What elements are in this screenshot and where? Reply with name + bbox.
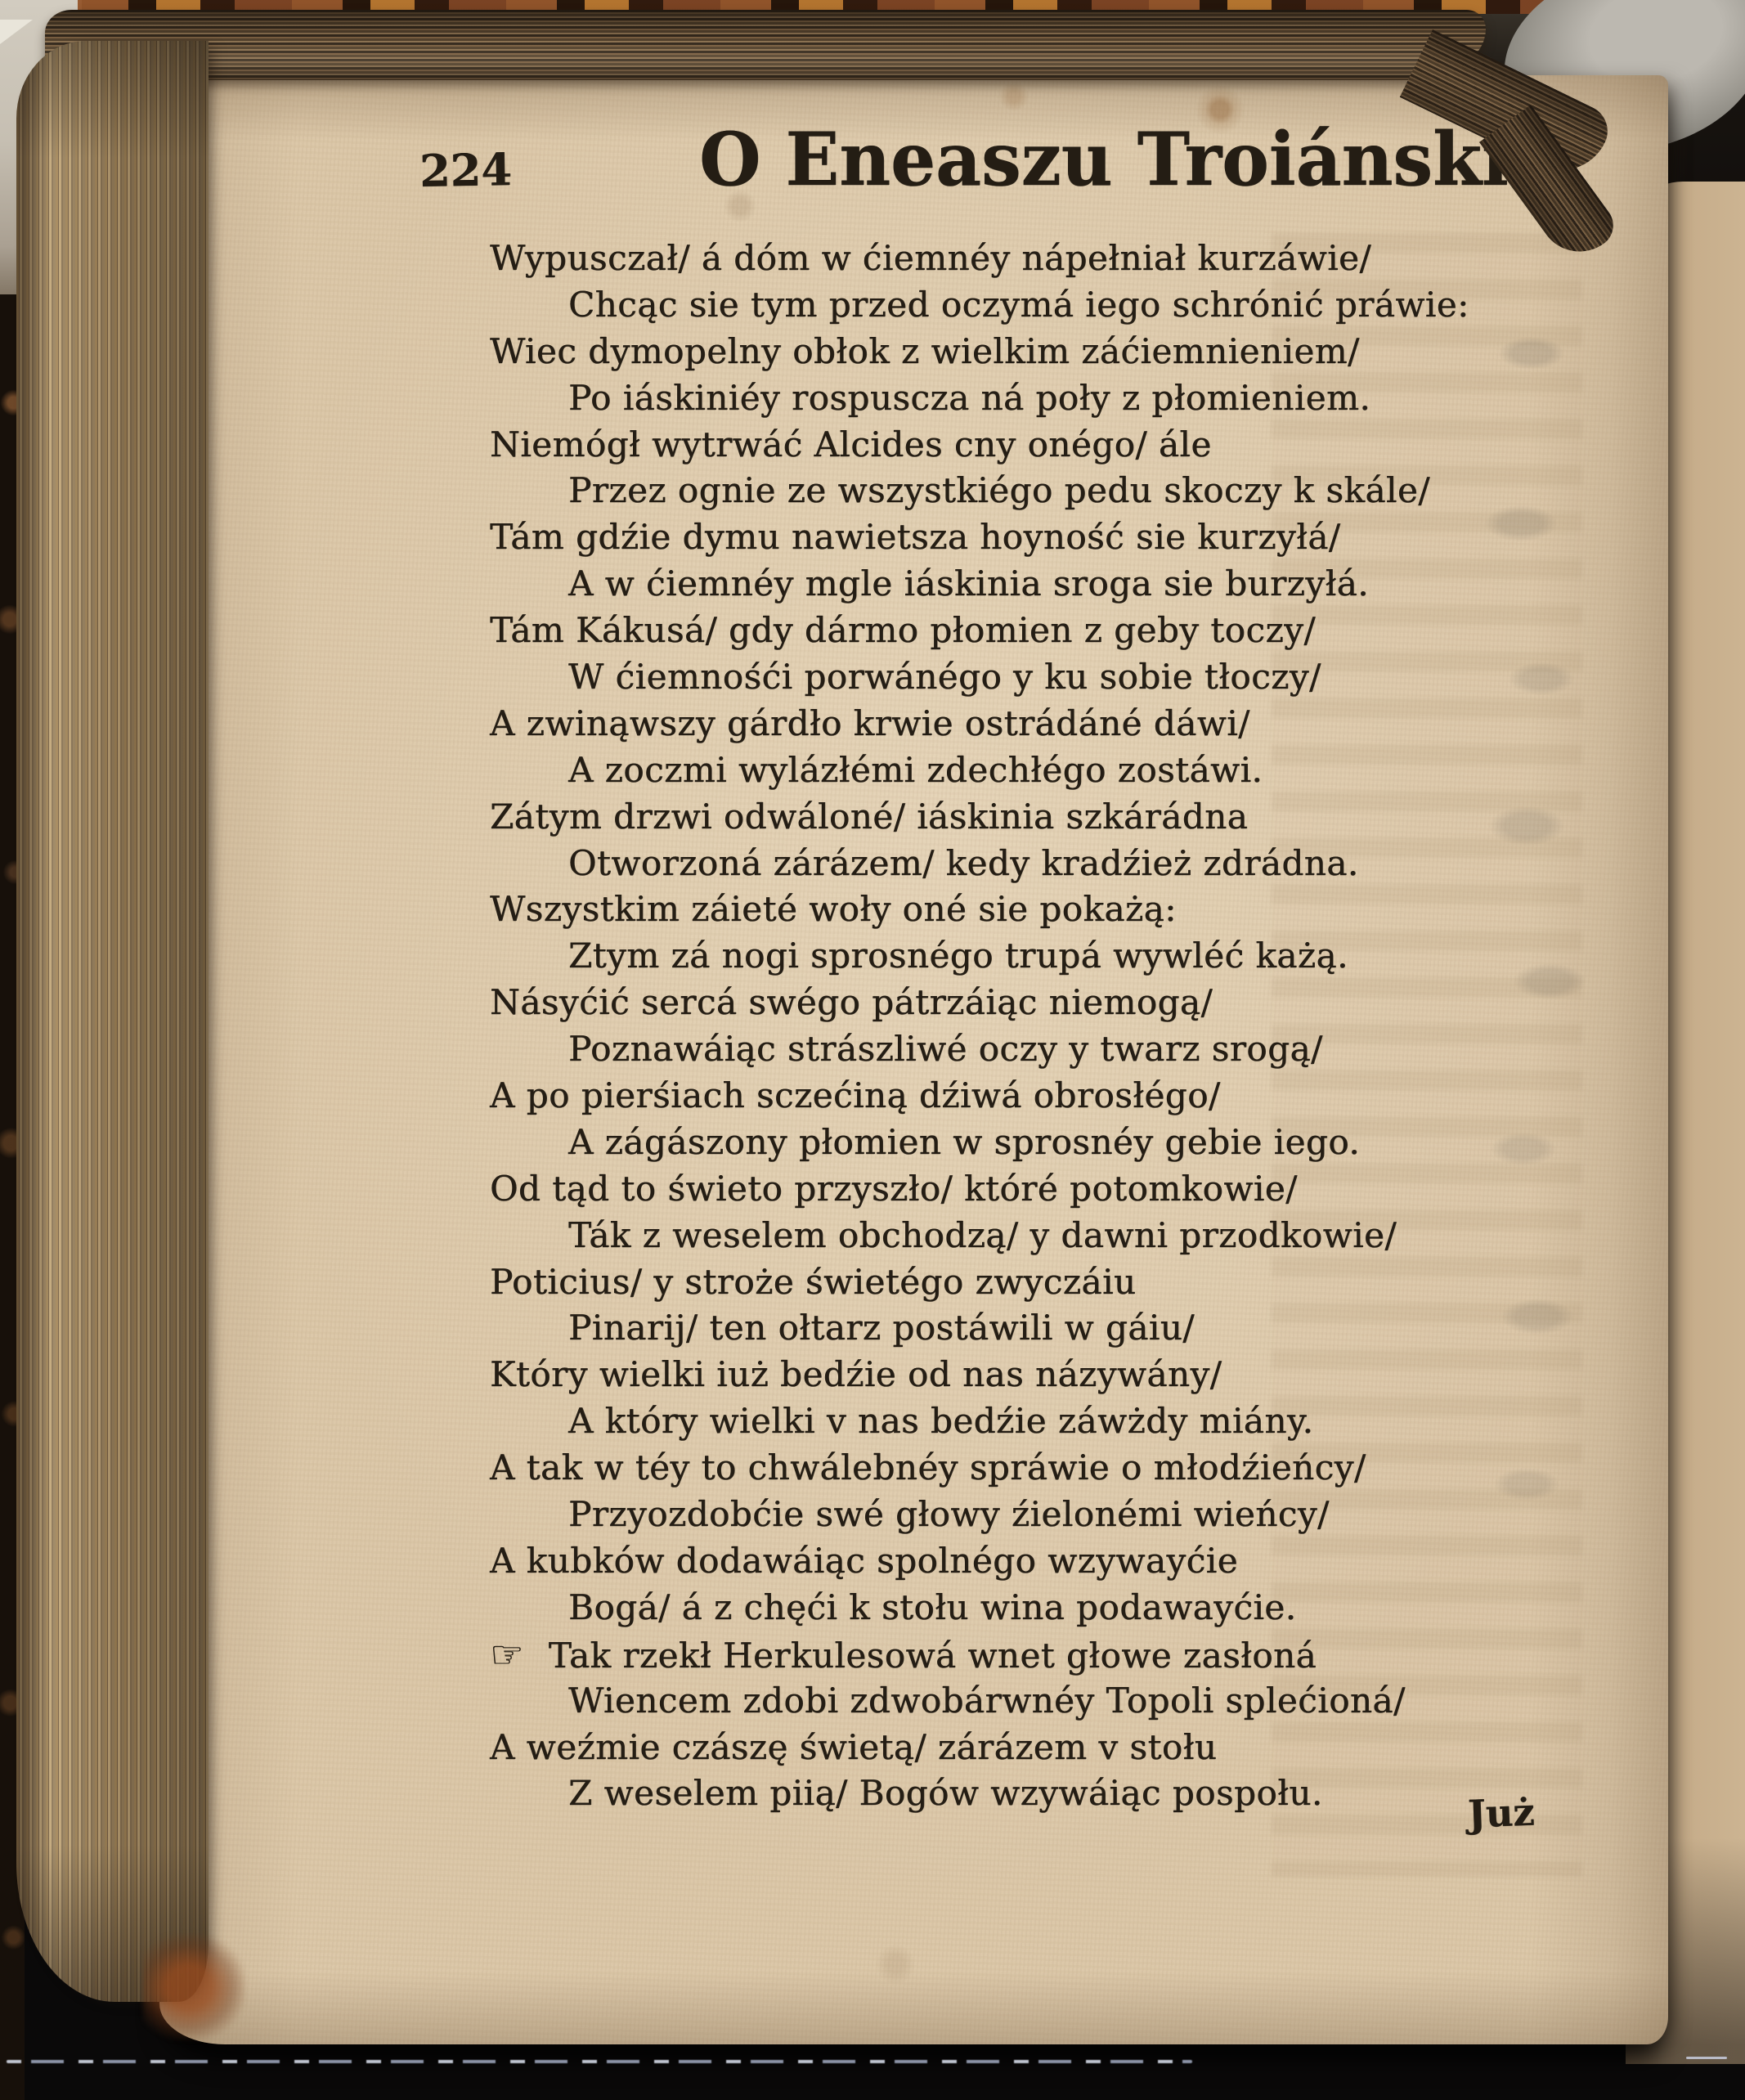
poem-line-text: Tak rzekł Herkulesowá wnet głowe zasłoná [549,1636,1317,1676]
poem-line-text: A po pierśiach sczećiną dźiwá obrosłégo/ [490,1075,1221,1115]
fore-edge-leaf-stack [16,41,209,2002]
poem-line: W ćiemnośći porwánégo y ku sobie tłoczy/ [568,654,1586,701]
poem-line: A po pierśiach sczećiną dźiwá obrosłégo/ [490,1073,1586,1120]
poem-line-text: Po iáskiniéy rospuscza ná poły z płomien… [568,378,1370,418]
poem-line: A który wielki v nas bedźie záwżdy miány… [568,1398,1586,1445]
poem-line-text: Tám Kákusá/ gdy dármo płomien z geby toc… [490,610,1316,650]
poem-line: Który wielki iuż bedźie od nas názywány/ [490,1352,1586,1398]
poem-line: Przez ognie ze wszystkiégo pedu skoczy k… [568,468,1586,514]
poem-line: Tám Kákusá/ gdy dármo płomien z geby toc… [490,608,1586,654]
poem-line-text: W ćiemnośći porwánégo y ku sobie tłoczy/ [568,657,1321,697]
poem-line-text: Od tąd to świeto przyszło/ któré potomko… [490,1169,1298,1209]
poem-line: Przyozdobćie swé głowy źielonémi wieńcy/ [568,1492,1586,1538]
poem-line: A kubków dodawáiąc spolnégo wzywayćie [490,1538,1586,1585]
poem-line-text: Násyćić sercá swégo pátrzáiąc niemogą/ [490,982,1213,1022]
scan-scratch-line [7,2060,1192,2063]
poem-line: A w ćiemnéy mgle iáskinia sroga sie burz… [568,561,1586,608]
poem-line-text: Wiec dymopelny obłok z wielkim záćiemnie… [490,331,1360,371]
poem-line: Násyćić sercá swégo pátrzáiąc niemogą/ [490,980,1586,1026]
poem-line-text: Otworzoná zárázem/ kedy kradźież zdrádna… [568,843,1359,883]
poem-line-text: A zwinąwszy gárdło krwie ostrádáné dáwi/ [490,703,1250,743]
poem-line-text: Przyozdobćie swé głowy źielonémi wieńcy/ [568,1494,1330,1534]
poem-line-text: Chcąc sie tym przed oczymá iego schrónić… [568,285,1469,325]
poem-line: Bogá/ á z chęći k stołu wina podawayćie. [568,1585,1586,1631]
page-number: 224 [419,143,512,197]
poem-line: Pinarij/ ten ołtarz postáwili w gáiu/ [568,1305,1586,1352]
poem-line-text: Wiencem zdobi zdwobárwnéy Topoli splećio… [568,1680,1406,1721]
poem-line: A zágászony płomien w sprosnéy gebie ieg… [568,1120,1586,1166]
poem-line-text: Który wielki iuż bedźie od nas názywány/ [490,1354,1222,1394]
poem-line: Poznawáiąc strászliwé oczy y twarz srogą… [568,1026,1586,1073]
poem-line: A weźmie czászę świetą/ zárázem v stołu [490,1725,1586,1771]
poem-line-text: A w ćiemnéy mgle iáskinia sroga sie burz… [568,563,1369,604]
poem-text-block: Wypusczał/ á dóm w ćiemnéy nápełniał kur… [490,236,1586,1817]
poem-line: Niemógł wytrwáć Alcides cny onégo/ ále [490,422,1586,469]
poem-line-text: A który wielki v nas bedźie záwżdy miány… [568,1401,1313,1441]
poem-line: Otworzoná zárázem/ kedy kradźież zdrádna… [568,841,1586,887]
poem-line-text: A tak w téy to chwálebnéy spráwie o młod… [490,1447,1366,1487]
top-page-edges [45,10,1486,80]
poem-line: Od tąd to świeto przyszło/ któré potomko… [490,1166,1586,1213]
poem-line: A zoczmi wylázłémi zdechłégo zostáwi. [568,747,1586,794]
poem-line-text: Ták z weselem obchodzą/ y dawni przodkow… [568,1215,1397,1255]
poem-line-text: A weźmie czászę świetą/ zárázem v stołu [490,1727,1217,1767]
poem-line: Wypusczał/ á dóm w ćiemnéy nápełniał kur… [490,236,1586,282]
poem-line: Po iáskiniéy rospuscza ná poły z płomien… [568,375,1586,422]
scan-scratch-dot [1686,2057,1727,2059]
poem-line: ☞Tak rzekł Herkulesowá wnet głowe zasłon… [490,1631,1586,1678]
poem-line-text: Zátym drzwi odwáloné/ iáskinia szkárádna [490,796,1248,837]
manicule-icon: ☞ [490,1632,524,1676]
poem-line-text: Poticius/ y stroże świetégo zwyczáiu [490,1262,1136,1302]
poem-line-text: Wypusczał/ á dóm w ćiemnéy nápełniał kur… [490,238,1371,278]
poem-line: Chcąc sie tym przed oczymá iego schrónić… [568,282,1586,329]
poem-line-text: Z weselem piią/ Bogów wzywáiąc pospołu. [568,1773,1323,1813]
poem-line-text: Tám gdźie dymu nawietsza hoyność sie kur… [490,517,1340,557]
poem-line-text: Pinarij/ ten ołtarz postáwili w gáiu/ [568,1308,1195,1348]
poem-line-text: A kubków dodawáiąc spolnégo wzywayćie [490,1541,1238,1581]
poem-line-text: Wszystkim záieté woły oné sie pokażą: [490,889,1177,929]
poem-line: Wszystkim záieté woły oné sie pokażą: [490,886,1586,933]
poem-line: A tak w téy to chwálebnéy spráwie o młod… [490,1445,1586,1492]
poem-line: Poticius/ y stroże świetégo zwyczáiu [490,1259,1586,1306]
poem-line-text: Poznawáiąc strászliwé oczy y twarz srogą… [568,1029,1323,1069]
poem-line: Wiencem zdobi zdwobárwnéy Topoli splećio… [568,1678,1586,1725]
poem-line: Ták z weselem obchodzą/ y dawni przodkow… [568,1213,1586,1259]
poem-line-text: A zoczmi wylázłémi zdechłégo zostáwi. [568,750,1263,790]
poem-line: Tám gdźie dymu nawietsza hoyność sie kur… [490,514,1586,561]
poem-line-text: Przez ognie ze wszystkiégo pedu skoczy k… [568,470,1430,510]
running-header: O Eneaszu Troiánskim [699,116,1583,203]
catchword: Już [1467,1790,1535,1837]
poem-line-text: A zágászony płomien w sprosnéy gebie ieg… [568,1122,1360,1162]
burn-mark [143,1934,245,2040]
poem-line: A zwinąwszy gárdło krwie ostrádáné dáwi/ [490,701,1586,747]
poem-line-text: Ztym zá nogi sprosnégo trupá wywléć każą… [568,936,1348,976]
poem-line: Z weselem piią/ Bogów wzywáiąc pospołu. [568,1770,1586,1817]
poem-line-text: Bogá/ á z chęći k stołu wina podawayćie. [568,1587,1297,1627]
poem-line-text: Niemógł wytrwáć Alcides cny onégo/ ále [490,424,1212,464]
poem-line: Zátym drzwi odwáloné/ iáskinia szkárádna [490,794,1586,841]
poem-line: Wiec dymopelny obłok z wielkim záćiemnie… [490,329,1586,375]
book-page: 224 O Eneaszu Troiánskim Wypusczał/ á dó… [159,75,1668,2044]
poem-line: Ztym zá nogi sprosnégo trupá wywléć każą… [568,933,1586,980]
book-photo: 224 O Eneaszu Troiánskim Wypusczał/ á dó… [0,0,1745,2100]
